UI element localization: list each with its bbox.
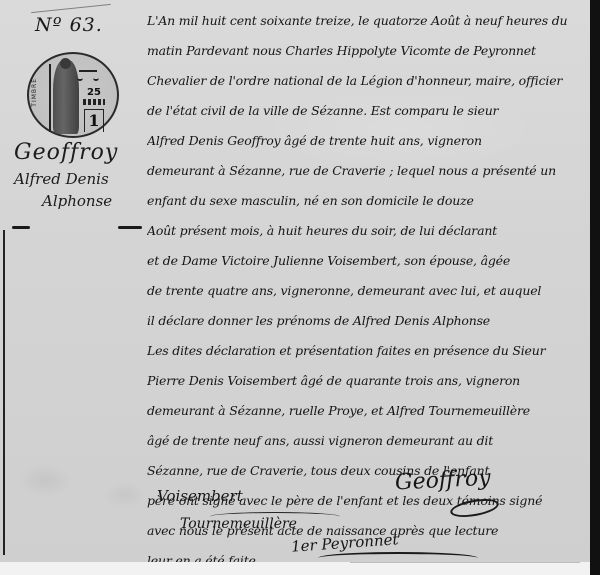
document-page: Nº 63. TIMBRE 25 1 Geoffroy Alfred Denis…	[0, 0, 590, 562]
scan-border	[590, 0, 600, 575]
signature-witness-1: Voisembert	[157, 487, 243, 505]
margin-surname: Geoffroy	[14, 140, 118, 165]
margin-dash-right	[118, 226, 142, 229]
body-line: de l'état civil de la ville de Sézanne. …	[147, 96, 587, 126]
body-line: L'An mil huit cent soixante treize, le q…	[147, 6, 587, 36]
fiscal-stamp: TIMBRE 25 1	[27, 52, 119, 138]
body-line: demeurant à Sézanne, rue de Craverie ; l…	[147, 156, 587, 186]
stamp-unit: 1	[84, 109, 104, 132]
body-line: Pierre Denis Voisembert âgé de quarante …	[147, 366, 587, 396]
body-line: Août présent mois, à huit heures du soir…	[147, 216, 587, 246]
stamp-value: 25	[83, 88, 105, 98]
margin-dash-left	[12, 226, 30, 229]
margin-given-names-2: Alphonse	[42, 192, 112, 210]
margin-rule	[3, 230, 5, 555]
justice-figure-icon	[53, 60, 79, 134]
body-line: demeurant à Sézanne, ruelle Proye, et Al…	[147, 396, 587, 426]
record-number: Nº 63.	[35, 14, 103, 36]
body-line: Chevalier de l'ordre national de la Légi…	[147, 66, 587, 96]
body-line: Alfred Denis Geoffroy âgé de trente huit…	[147, 126, 587, 156]
body-line: il déclare donner les prénoms de Alfred …	[147, 306, 587, 336]
signature-father: Geoffroy	[394, 466, 491, 496]
record-body: L'An mil huit cent soixante treize, le q…	[147, 6, 587, 562]
body-line: et de Dame Victoire Julienne Voisembert,…	[147, 246, 587, 276]
scales-of-justice-icon	[79, 70, 97, 82]
next-page-edge	[0, 562, 590, 575]
stamp-legend: TIMBRE	[31, 78, 38, 107]
body-line: matin Pardevant nous Charles Hippolyte V…	[147, 36, 587, 66]
stamp-staff-icon	[49, 64, 51, 132]
body-line: âgé de trente neuf ans, aussi vigneron d…	[147, 426, 587, 456]
signature-flourish	[318, 552, 478, 562]
body-line: enfant du sexe masculin, né en son domic…	[147, 186, 587, 216]
body-line: Les dites déclaration et présentation fa…	[147, 336, 587, 366]
margin-given-names-1: Alfred Denis	[14, 170, 109, 188]
body-line: Sézanne, rue de Craverie, tous deux cous…	[147, 456, 587, 486]
signature-witness-2: Tournemeuillère	[180, 516, 297, 532]
next-page-ink	[350, 562, 580, 567]
stamp-value-ornament	[83, 99, 105, 105]
body-line: de trente quatre ans, vigneronne, demeur…	[147, 276, 587, 306]
